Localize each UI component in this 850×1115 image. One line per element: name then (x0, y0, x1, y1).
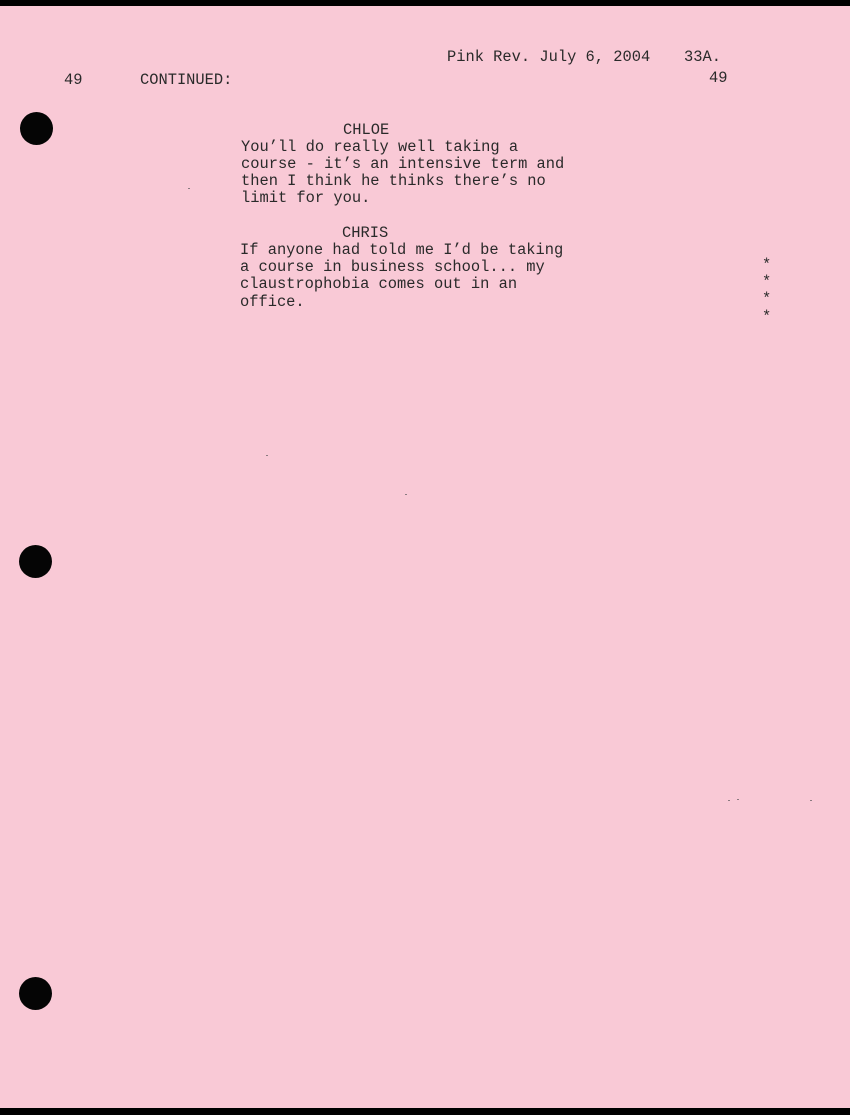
dialogue-line: limit for you. (241, 190, 370, 207)
dialogue-line: office. (240, 294, 305, 311)
speck (188, 188, 190, 189)
dialogue-line: claustrophobia comes out in an (240, 276, 517, 293)
dialogue-line: then I think he thinks there’s no (241, 173, 546, 190)
page-number: 33A. (684, 49, 721, 66)
revision-mark: * (762, 257, 771, 274)
hole-punch-bottom (19, 977, 52, 1010)
revision-label: Pink Rev. July 6, 2004 (447, 49, 650, 66)
character-name: CHLOE (343, 122, 389, 139)
speck (728, 800, 730, 801)
character-name: CHRIS (342, 225, 388, 242)
speck (405, 494, 407, 495)
hole-punch-middle (19, 545, 52, 578)
revision-mark: * (762, 291, 771, 308)
revision-mark: * (762, 309, 771, 326)
hole-punch-top (20, 112, 53, 145)
dialogue-line: course - it’s an intensive term and (241, 156, 564, 173)
dialogue-line: If anyone had told me I’d be taking (240, 242, 563, 259)
scene-number-left: 49 (64, 72, 82, 89)
revision-mark: * (762, 274, 771, 291)
speck (810, 800, 812, 801)
speck (266, 455, 268, 456)
dialogue-line: a course in business school... my (240, 259, 545, 276)
continued-label: CONTINUED: (140, 72, 232, 89)
speck (737, 799, 739, 800)
script-page: Pink Rev. July 6, 2004 33A. 49 CONTINUED… (0, 6, 850, 1108)
dialogue-line: You’ll do really well taking a (241, 139, 518, 156)
scene-number-right: 49 (709, 70, 727, 87)
